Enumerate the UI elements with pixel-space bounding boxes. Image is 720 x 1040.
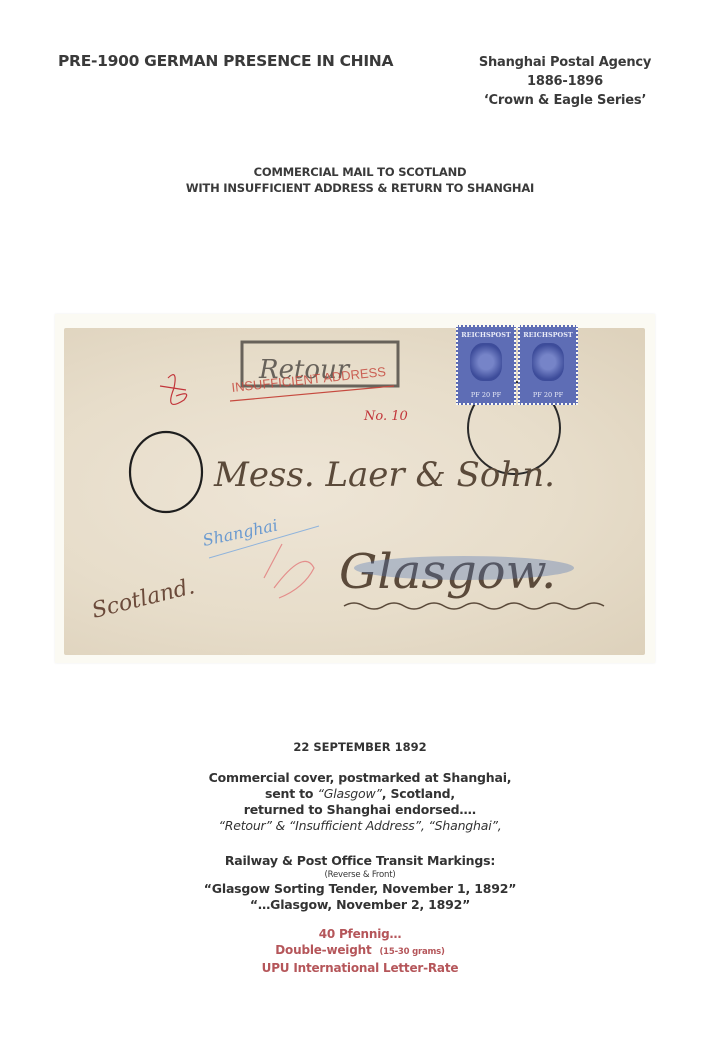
description-line: returned to Shanghai endorsed…. [0,802,720,818]
rate-weight: Double-weight (15-30 grams) [0,942,720,960]
agency-header: Shanghai Postal Agency 1886-1896 ‘Crown … [455,53,675,110]
eagle-icon [532,343,564,381]
stamp-value: PF 20 PF [458,391,514,399]
description-line: “Retour” & “Insufficient Address”, “Shan… [0,818,720,834]
rate-amount: 40 Pfennig… [0,926,720,942]
rate-type: UPU International Letter-Rate [0,960,720,976]
transit-markings: Railway & Post Office Transit Markings: … [0,853,720,913]
transit-heading: Railway & Post Office Transit Markings: [0,853,720,869]
svg-text:Mess. Laer & Sohn.: Mess. Laer & Sohn. [213,455,555,495]
exhibit-subtitle: COMMERCIAL MAIL TO SCOTLAND WITH INSUFFI… [0,164,720,196]
stamp-label: REICHSPOST [520,331,576,339]
postal-cover-image: Retour INSUFFICIENT ADDRESS No. 10 Mess.… [64,328,645,655]
cover-description: Commercial cover, postmarked at Shanghai… [0,770,720,834]
agency-name: Shanghai Postal Agency [455,53,675,72]
eagle-icon [470,343,502,381]
cover-date: 22 SEPTEMBER 1892 [0,740,720,754]
subtitle-line: COMMERCIAL MAIL TO SCOTLAND [0,164,720,180]
stamp-right: REICHSPOST PF 20 PF [518,325,578,405]
svg-text:Scotland.: Scotland. [89,574,197,624]
description-line: sent to “Glasgow”, Scotland, [0,786,720,802]
page-title: PRE-1900 GERMAN PRESENCE IN CHINA [58,52,393,70]
postage-rate: 40 Pfennig… Double-weight (15-30 grams) … [0,926,720,976]
agency-years: 1886-1896 [455,72,675,91]
transit-mark: “…Glasgow, November 2, 1892” [0,897,720,913]
svg-text:Shanghai: Shanghai [201,515,280,549]
svg-text:No. 10: No. 10 [363,409,408,424]
stamp-label: REICHSPOST [458,331,514,339]
stamp-value: PF 20 PF [520,391,576,399]
transit-note: (Reverse & Front) [0,869,720,881]
stamp-left: REICHSPOST PF 20 PF [456,325,516,405]
series-name: ‘Crown & Eagle Series’ [455,91,675,110]
description-line: Commercial cover, postmarked at Shanghai… [0,770,720,786]
transit-mark: “Glasgow Sorting Tender, November 1, 189… [0,881,720,897]
subtitle-line: WITH INSUFFICIENT ADDRESS & RETURN TO SH… [0,180,720,196]
